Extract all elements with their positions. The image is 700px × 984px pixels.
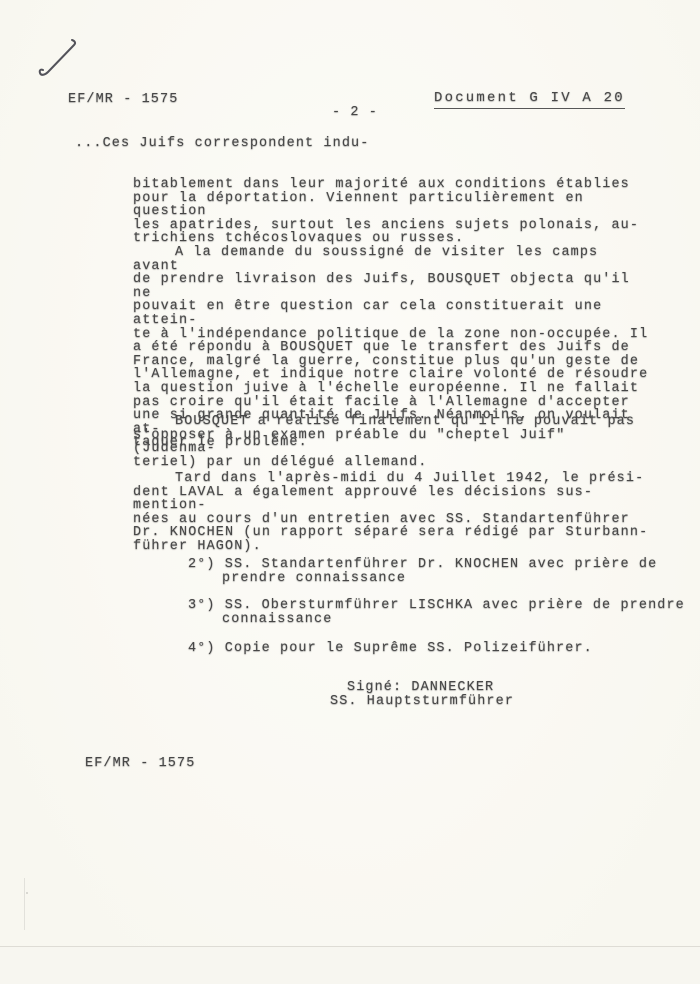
document-reference: Document G IV A 20: [434, 92, 625, 109]
distribution-item-4: 4°) Copie pour le Suprême SS. Polizeifüh…: [188, 642, 700, 656]
distribution-item-2: 2°) SS. Standartenführer Dr. KNOCHEN ave…: [188, 558, 700, 585]
footer-reference-number: EF/MR - 1575: [85, 757, 195, 771]
header-reference-number: EF/MR - 1575: [68, 93, 178, 107]
paper-crease: [24, 878, 25, 930]
paper-speck: [26, 892, 28, 894]
paragraph-bousquet-realisation: BOUSQUET a réalisé finalement qu'il ne p…: [133, 415, 653, 469]
document-scan-page: { "page": { "header": { "ref_left": "EF/…: [0, 0, 700, 984]
page-number: - 2 -: [332, 106, 378, 120]
paragraph-laval-approval: Tard dans l'après-midi du 4 Juillet 1942…: [133, 472, 653, 554]
paragraph-conditions: bitablement dans leur majorité aux condi…: [133, 178, 653, 246]
paper-bottom-edge: [0, 946, 700, 984]
distribution-item-3: 3°) SS. Obersturmführer LISCHKA avec pri…: [188, 599, 700, 626]
signature-block: Signé: DANNECKER SS. Hauptsturmführer: [330, 681, 514, 708]
opening-continuation-line: ...Ces Juifs correspondent indu-: [75, 137, 369, 151]
handwritten-check-mark: [28, 28, 88, 78]
